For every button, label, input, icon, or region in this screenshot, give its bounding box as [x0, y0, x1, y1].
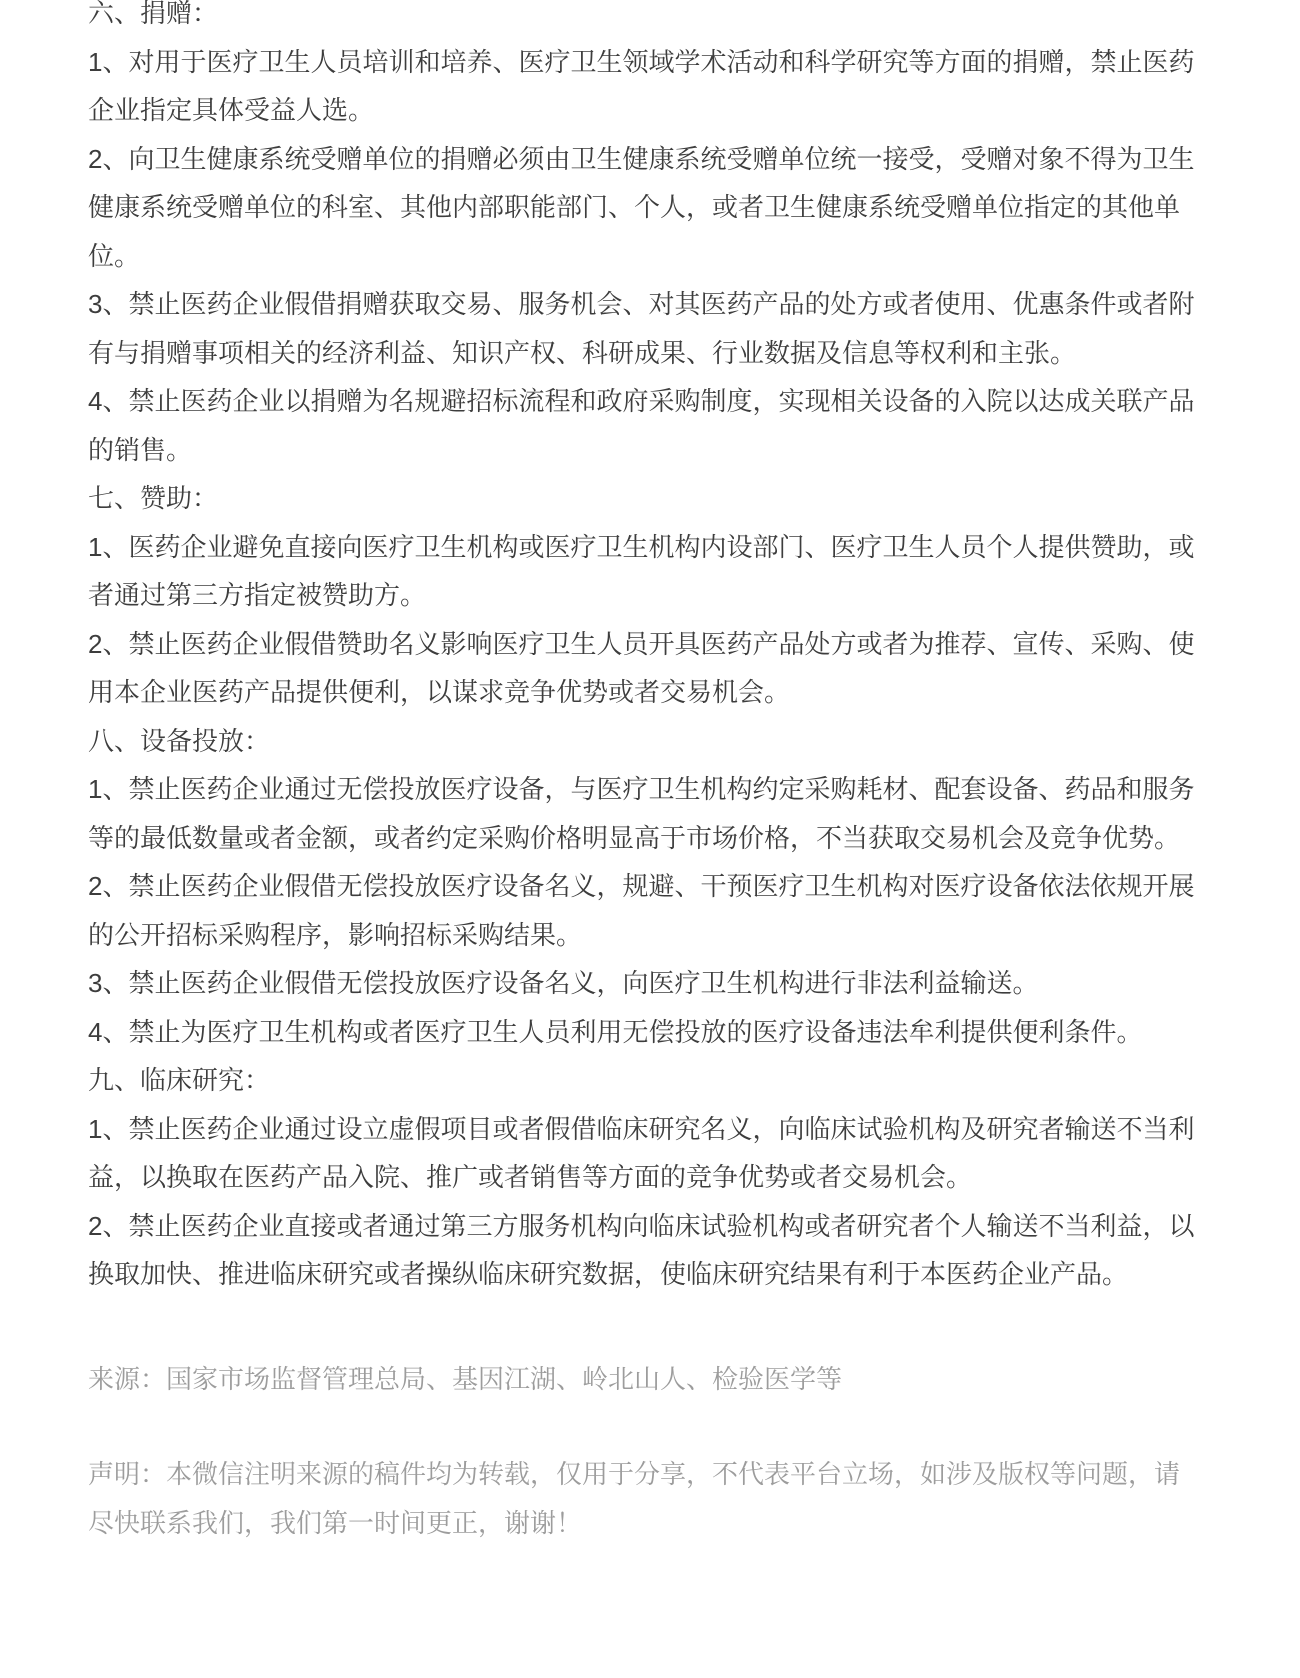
text-line: 2、向卫生健康系统受赠单位的捐赠必须由卫生健康系统受赠单位统一接受，受赠对象不得…	[88, 135, 1212, 184]
text-line: 4、禁止为医疗卫生机构或者医疗卫生人员利用无偿投放的医疗设备违法牟利提供便利条件…	[88, 1008, 1212, 1057]
source-line: 来源：国家市场监督管理总局、基因江湖、岭北山人、检验医学等	[88, 1355, 1212, 1404]
text-line: 2、禁止医药企业直接或者通过第三方服务机构向临床试验机构或者研究者个人输送不当利…	[88, 1202, 1212, 1251]
text-line: 有与捐赠事项相关的经济利益、知识产权、科研成果、行业数据及信息等权利和主张。	[88, 329, 1212, 378]
text-line: 益，以换取在医药产品入院、推广或者销售等方面的竞争优势或者交易机会。	[88, 1153, 1212, 1202]
text-line: 1、对用于医疗卫生人员培训和培养、医疗卫生领域学术活动和科学研究等方面的捐赠，禁…	[88, 38, 1212, 87]
text-line: 的销售。	[88, 426, 1212, 475]
text-line: 用本企业医药产品提供便利，以谋求竞争优势或者交易机会。	[88, 668, 1212, 717]
section-heading-donation: 六、捐赠：	[88, 0, 1212, 38]
section-heading-equipment-placement: 八、设备投放：	[88, 717, 1212, 766]
text-line: 1、医药企业避免直接向医疗卫生机构或医疗卫生机构内设部门、医疗卫生人员个人提供赞…	[88, 523, 1212, 572]
text-line: 4、禁止医药企业以捐赠为名规避招标流程和政府采购制度，实现相关设备的入院以达成关…	[88, 377, 1212, 426]
text-line: 1、禁止医药企业通过设立虚假项目或者假借临床研究名义，向临床试验机构及研究者输送…	[88, 1105, 1212, 1154]
text-line: 3、禁止医药企业假借捐赠获取交易、服务机会、对其医药产品的处方或者使用、优惠条件…	[88, 280, 1212, 329]
text-line: 换取加快、推进临床研究或者操纵临床研究数据，使临床研究结果有利于本医药企业产品。	[88, 1250, 1212, 1299]
text-line: 位。	[88, 232, 1212, 281]
document-page: 六、捐赠： 1、对用于医疗卫生人员培训和培养、医疗卫生领域学术活动和科学研究等方…	[0, 0, 1300, 1667]
text-line: 等的最低数量或者金额，或者约定采购价格明显高于市场价格，不当获取交易机会及竞争优…	[88, 814, 1212, 863]
section-heading-clinical-research: 九、临床研究：	[88, 1056, 1212, 1105]
text-line: 健康系统受赠单位的科室、其他内部职能部门、个人，或者卫生健康系统受赠单位指定的其…	[88, 183, 1212, 232]
article-body: 六、捐赠： 1、对用于医疗卫生人员培训和培养、医疗卫生领域学术活动和科学研究等方…	[88, 0, 1212, 1299]
text-line: 3、禁止医药企业假借无偿投放医疗设备名义，向医疗卫生机构进行非法利益输送。	[88, 959, 1212, 1008]
text-line: 2、禁止医药企业假借无偿投放医疗设备名义，规避、干预医疗卫生机构对医疗设备依法依…	[88, 862, 1212, 911]
text-line: 1、禁止医药企业通过无偿投放医疗设备，与医疗卫生机构约定采购耗材、配套设备、药品…	[88, 765, 1212, 814]
text-line: 企业指定具体受益人选。	[88, 86, 1212, 135]
source-note: 来源：国家市场监督管理总局、基因江湖、岭北山人、检验医学等	[88, 1355, 1212, 1404]
disclaimer-note: 声明：本微信注明来源的稿件均为转载，仅用于分享，不代表平台立场，如涉及版权等问题…	[88, 1450, 1212, 1547]
text-line: 者通过第三方指定被赞助方。	[88, 571, 1212, 620]
disclaimer-line: 声明：本微信注明来源的稿件均为转载，仅用于分享，不代表平台立场，如涉及版权等问题…	[88, 1450, 1212, 1499]
disclaimer-line: 尽快联系我们，我们第一时间更正，谢谢！	[88, 1499, 1212, 1548]
section-heading-sponsorship: 七、赞助：	[88, 474, 1212, 523]
text-line: 的公开招标采购程序，影响招标采购结果。	[88, 911, 1212, 960]
text-line: 2、禁止医药企业假借赞助名义影响医疗卫生人员开具医药产品处方或者为推荐、宣传、采…	[88, 620, 1212, 669]
